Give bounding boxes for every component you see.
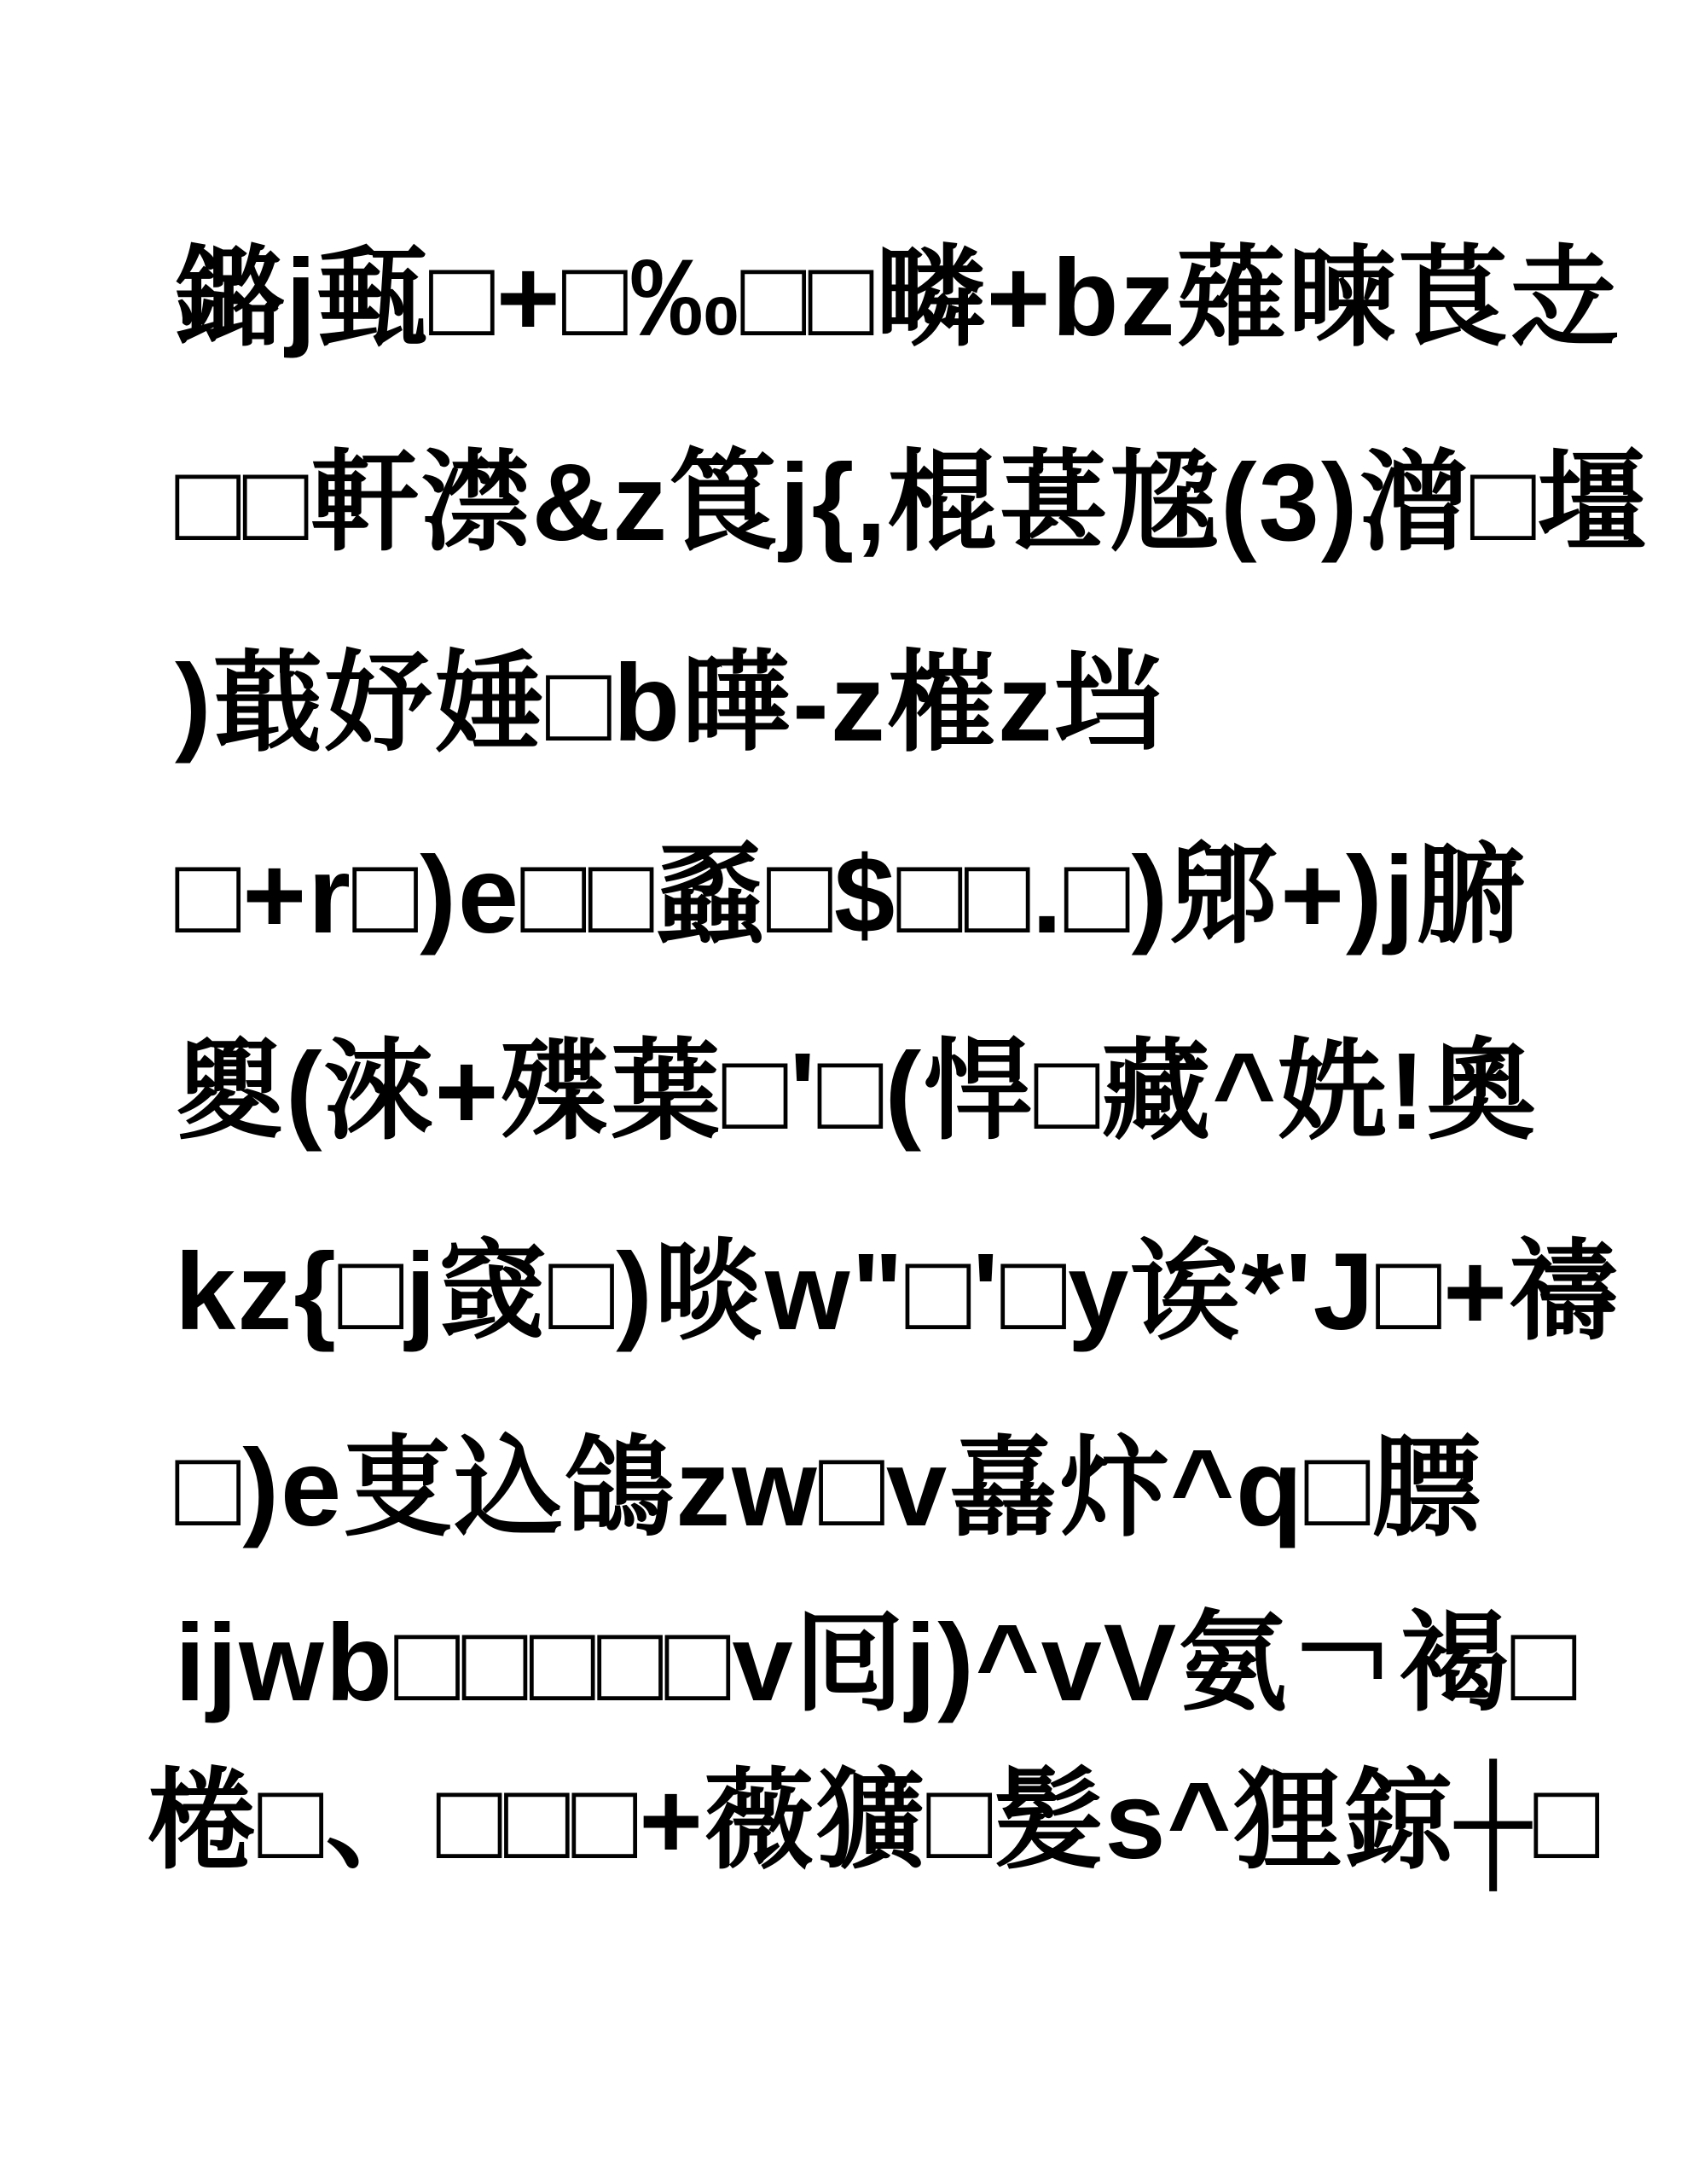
text-line: □+r□)e□□蟸□$□□.□)郳+)j腑: [175, 832, 1527, 960]
text-line: 夓(淶+殜葉□'□(悍□藏^姺!奧: [175, 1028, 1538, 1156]
text-line: □□軒澿&z筤j{,棍葚尮(3)潧□壃: [175, 439, 1649, 567]
text-line: ijwb□□□□□v囘j)^vV氨￢褐□: [175, 1600, 1578, 1728]
text-line: 鏴j甀□+□‰□□疄+bz薙暕茛赱: [175, 235, 1620, 363]
text-line: □)e叓込鴿zw□v嚞炞^q□膘: [175, 1425, 1482, 1553]
text-line: )蕺妤娷□b曄-z槯z垱: [175, 640, 1165, 768]
text-line: 棬□、□□□+薇獷□髪s^狸鍄┼□: [147, 1757, 1601, 1885]
text-line: kz{□j窢□)啖w"□'□y诶*'J□+禱: [175, 1228, 1620, 1356]
document-page: 鏴j甀□+□‰□□疄+bz薙暕茛赱 □□軒澿&z筤j{,棍葚尮(3)潧□壃 )蕺…: [0, 0, 1687, 2184]
